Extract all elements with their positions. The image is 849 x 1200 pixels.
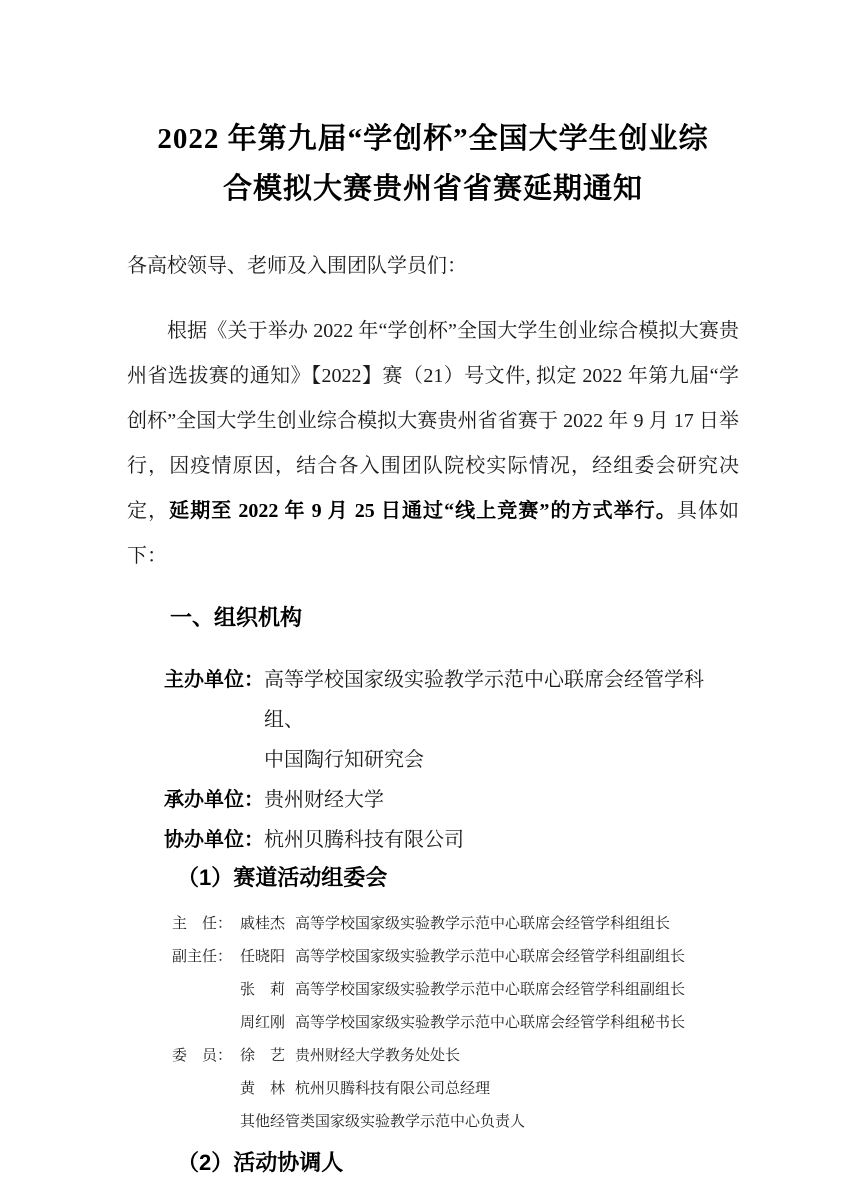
roster-name: 戚桂杰 — [240, 908, 295, 941]
organizer-label-host: 主办单位： — [164, 660, 264, 700]
committee-roster: 主 任： 戚桂杰 高等学校国家级实验教学示范中心联席会经管学科组组长 副主任： … — [172, 908, 739, 1139]
paragraph-bold-sentence: 延期至 2022 年 9 月 25 日通过“线上竞赛”的方式举行。 — [169, 500, 677, 522]
roster-row: 委 员： 徐 艺 贵州财经大学教务处处长 — [172, 1040, 739, 1073]
subsection-heading-committee: （1）赛道活动组委会 — [177, 863, 739, 893]
roster-desc: 高等学校国家级实验教学示范中心联席会经管学科组副组长 — [295, 941, 739, 974]
title-line-1: 2022 年第九届“学创杯”全国大学生创业综 — [127, 114, 739, 164]
subsection-heading-coordinator: （2）活动协调人 — [177, 1148, 739, 1178]
organizer-value-host-line-1: 高等学校国家级实验教学示范中心联席会经管学科组、 — [264, 660, 739, 740]
organizer-block: 主办单位： 高等学校国家级实验教学示范中心联席会经管学科组、 中国陶行知研究会 … — [164, 660, 739, 860]
roster-role: 主 任： — [172, 908, 240, 941]
organizer-value-host-line-2: 中国陶行知研究会 — [264, 740, 739, 780]
organizer-label-coorganizer: 协办单位： — [164, 820, 264, 860]
roster-row: 副主任： 任晓阳 高等学校国家级实验教学示范中心联席会经管学科组副组长 — [172, 941, 739, 974]
organizer-value-host: 高等学校国家级实验教学示范中心联席会经管学科组、 中国陶行知研究会 — [264, 660, 739, 780]
organizer-value-undertaker: 贵州财经大学 — [264, 780, 739, 820]
roster-desc: 贵州财经大学教务处处长 — [295, 1040, 739, 1073]
roster-row: 主 任： 戚桂杰 高等学校国家级实验教学示范中心联席会经管学科组组长 — [172, 908, 739, 941]
roster-desc: 杭州贝腾科技有限公司总经理 — [295, 1073, 739, 1106]
document-page: 2022 年第九届“学创杯”全国大学生创业综 合模拟大赛贵州省省赛延期通知 各高… — [0, 0, 849, 1200]
roster-desc: 其他经管类国家级实验教学示范中心负责人 — [240, 1106, 739, 1139]
roster-row: 黄 林 杭州贝腾科技有限公司总经理 — [172, 1073, 739, 1106]
roster-name: 任晓阳 — [240, 941, 295, 974]
roster-desc: 高等学校国家级实验教学示范中心联席会经管学科组副组长 — [295, 974, 739, 1007]
roster-name: 黄 林 — [240, 1073, 295, 1106]
organizer-row-host: 主办单位： 高等学校国家级实验教学示范中心联席会经管学科组、 中国陶行知研究会 — [164, 660, 739, 780]
roster-row: 周红刚 高等学校国家级实验教学示范中心联席会经管学科组秘书长 — [172, 1007, 739, 1040]
section-heading-organization: 一、组织机构 — [170, 603, 739, 633]
body-paragraph: 根据《关于举办 2022 年“学创杯”全国大学生创业综合模拟大赛贵州省选拔赛的通… — [127, 309, 739, 579]
organizer-value-coorganizer: 杭州贝腾科技有限公司 — [264, 820, 739, 860]
paragraph-regular-text: 根据《关于举办 2022 年“学创杯”全国大学生创业综合模拟大赛贵州省选拔赛的通… — [127, 320, 739, 522]
roster-desc: 高等学校国家级实验教学示范中心联席会经管学科组秘书长 — [295, 1007, 739, 1040]
organizer-row-undertaker: 承办单位： 贵州财经大学 — [164, 780, 739, 820]
roster-desc: 高等学校国家级实验教学示范中心联席会经管学科组组长 — [295, 908, 739, 941]
organizer-label-undertaker: 承办单位： — [164, 780, 264, 820]
document-title: 2022 年第九届“学创杯”全国大学生创业综 合模拟大赛贵州省省赛延期通知 — [127, 114, 739, 214]
roster-name: 张 莉 — [240, 974, 295, 1007]
greeting-line: 各高校领导、老师及入围团队学员们： — [127, 244, 739, 289]
roster-name: 徐 艺 — [240, 1040, 295, 1073]
roster-row: 其他经管类国家级实验教学示范中心负责人 — [172, 1106, 739, 1139]
roster-role: 副主任： — [172, 941, 240, 974]
organizer-row-coorganizer: 协办单位： 杭州贝腾科技有限公司 — [164, 820, 739, 860]
roster-name: 周红刚 — [240, 1007, 295, 1040]
roster-row: 张 莉 高等学校国家级实验教学示范中心联席会经管学科组副组长 — [172, 974, 739, 1007]
title-line-2: 合模拟大赛贵州省省赛延期通知 — [127, 164, 739, 214]
roster-role: 委 员： — [172, 1040, 240, 1073]
